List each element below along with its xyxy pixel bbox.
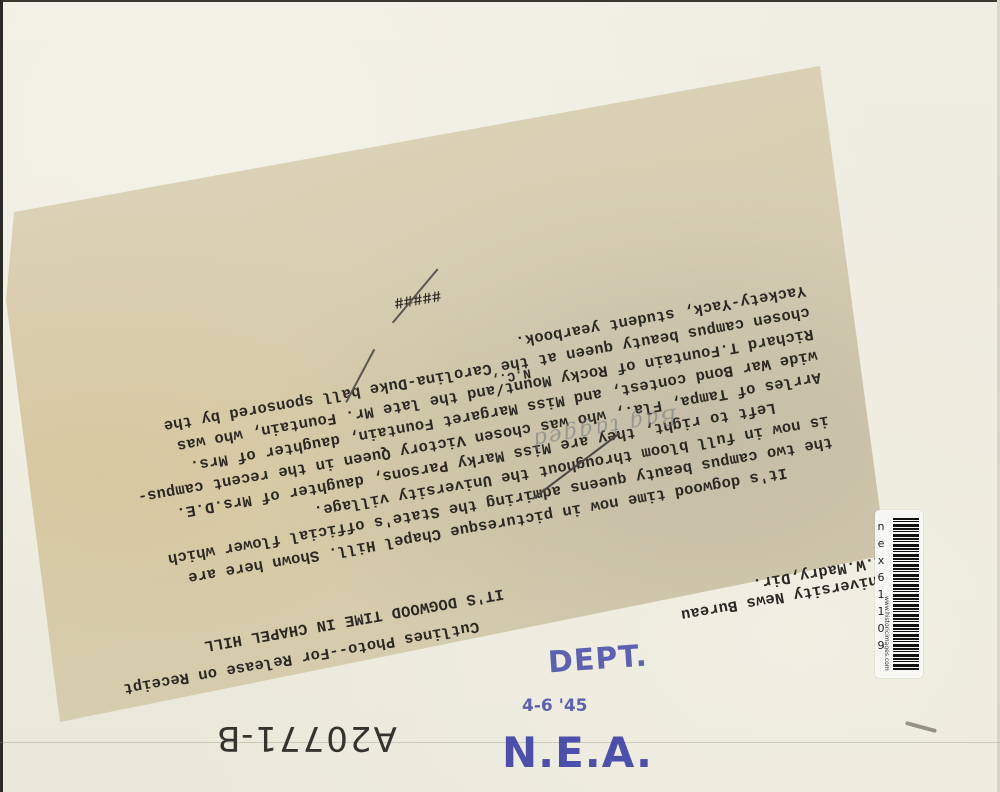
stamp-department: DEPT. <box>547 639 649 681</box>
handwritten-archive-id: A20771-B <box>215 718 397 758</box>
barcode-url: www.historicimages.com <box>883 596 890 671</box>
stamp-date: 4-6 '45 <box>522 696 588 716</box>
scan-edge-top <box>0 0 1000 2</box>
scan-edge-left <box>0 0 3 792</box>
barcode-label: nex61109 www.historicimages.com <box>875 510 923 678</box>
stamp-agency: N.E.A. <box>502 728 653 777</box>
backing-crease <box>0 742 1000 743</box>
barcode-icon <box>893 518 919 670</box>
